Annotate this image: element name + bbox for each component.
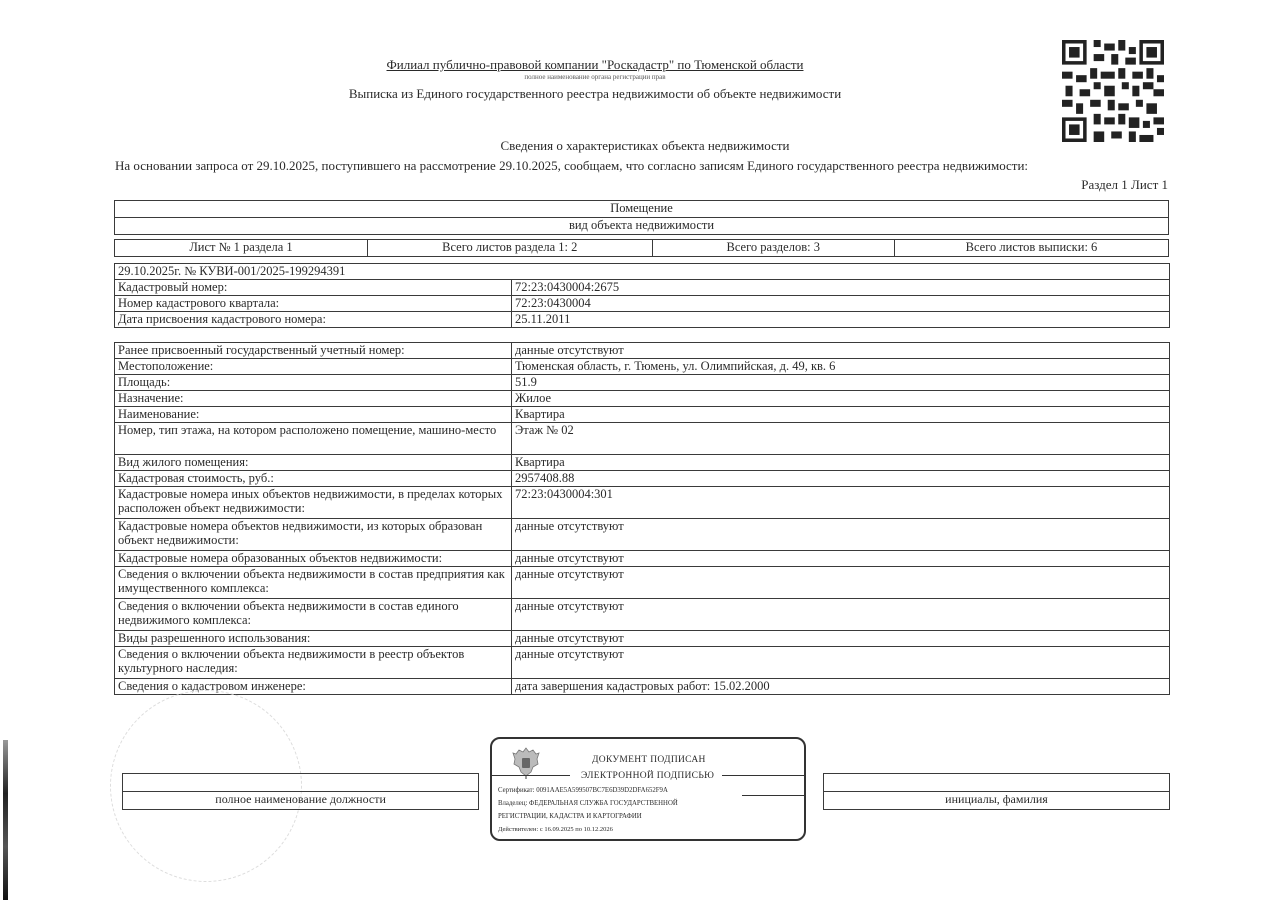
field-label: Площадь: [115,375,512,391]
table-row: Кадастровые номера иных объектов недвижи… [115,487,1170,519]
section-title: Сведения о характеристиках объекта недви… [0,138,1280,154]
field-value: Тюменская область, г. Тюмень, ул. Олимпи… [512,359,1170,375]
organization-name: Филиал публично-правовой компании "Роска… [0,57,1190,73]
section-sheets-total: Всего листов раздела 1: 2 [367,240,652,257]
stamp-validity: Действителен: с 16.09.2025 по 10.12.2026 [498,826,613,833]
qr-code-icon [1060,40,1166,142]
field-label: Наименование: [115,407,512,423]
field-value: Квартира [512,407,1170,423]
field-value: 72:23:0430004 [512,296,1170,312]
table-row: Кадастровый номер:72:23:0430004:2675 [115,280,1170,296]
characteristics-table: Ранее присвоенный государственный учетны… [114,342,1170,695]
table-row: Дата присвоения кадастрового номера:25.1… [115,312,1170,328]
field-value: 51.9 [512,375,1170,391]
table-row: Сведения о включении объекта недвижимост… [115,567,1170,599]
sheet-reference: Раздел 1 Лист 1 [1081,177,1168,193]
field-label: Кадастровый номер: [115,280,512,296]
field-value: данные отсутствуют [512,343,1170,359]
field-label: Сведения о включении объекта недвижимост… [115,647,512,679]
table-row: Кадастровая стоимость, руб.:2957408.88 [115,471,1170,487]
sheet-number: Лист № 1 раздела 1 [115,240,368,257]
field-value: 72:23:0430004:2675 [512,280,1170,296]
table-row: Номер кадастрового квартала:72:23:043000… [115,296,1170,312]
field-value: данные отсутствуют [512,567,1170,599]
field-label: Местоположение: [115,359,512,375]
sections-total: Всего разделов: 3 [652,240,894,257]
field-label: Сведения о кадастровом инженере: [115,679,512,695]
stamp-owner-line2: РЕГИСТРАЦИИ, КАДАСТРА И КАРТОГРАФИИ [498,813,642,820]
field-value: дата завершения кадастровых работ: 15.02… [512,679,1170,695]
organization-caption: полное наименование органа регистрации п… [0,73,1190,81]
table-row: Кадастровые номера объектов недвижимости… [115,519,1170,551]
field-value: 25.11.2011 [512,312,1170,328]
field-value: 72:23:0430004:301 [512,487,1170,519]
field-label: Дата присвоения кадастрового номера: [115,312,512,328]
stamp-electronic-line: ЭЛЕКТРОННОЙ ПОДПИСЬЮ [581,771,714,781]
field-value: Квартира [512,455,1170,471]
request-basis-text: На основании запроса от 29.10.2025, пост… [115,158,1028,174]
field-label: Кадастровые номера образованных объектов… [115,551,512,567]
field-label: Кадастровые номера объектов недвижимости… [115,519,512,551]
table-row: Номер, тип этажа, на котором расположено… [115,423,1170,455]
record-identity-table: 29.10.2025г. № КУВИ-001/2025-199294391 К… [114,263,1170,328]
document-title: Выписка из Единого государственного реес… [0,86,1190,102]
emblem-icon [510,745,542,779]
object-type-caption: вид объекта недвижимости [115,218,1169,235]
request-number: 29.10.2025г. № КУВИ-001/2025-199294391 [115,264,1170,280]
field-value: Жилое [512,391,1170,407]
field-label: Виды разрешенного использования: [115,631,512,647]
field-label: Ранее присвоенный государственный учетны… [115,343,512,359]
table-row: Виды разрешенного использования:данные о… [115,631,1170,647]
table-row: Сведения о кадастровом инженере:дата зав… [115,679,1170,695]
table-row: Площадь:51.9 [115,375,1170,391]
field-value: данные отсутствуют [512,647,1170,679]
table-row: Сведения о включении объекта недвижимост… [115,647,1170,679]
stamp-certificate: Сертификат: 0091AAE5A599507BC7E6D39D2DFA… [498,787,668,794]
field-value: данные отсутствуют [512,519,1170,551]
field-label: Назначение: [115,391,512,407]
stamp-owner-line1: Владелец: ФЕДЕРАЛЬНАЯ СЛУЖБА ГОСУДАРСТВЕ… [498,800,678,807]
scan-edge-shadow [3,740,8,900]
object-type-value: Помещение [115,201,1169,218]
field-label: Вид жилого помещения: [115,455,512,471]
field-label: Номер, тип этажа, на котором расположено… [115,423,512,455]
table-row: Ранее присвоенный государственный учетны… [115,343,1170,359]
stamp-signed-line: ДОКУМЕНТ ПОДПИСАН [592,755,706,765]
table-row: Кадастровые номера образованных объектов… [115,551,1170,567]
table-row: Назначение:Жилое [115,391,1170,407]
field-value: 2957408.88 [512,471,1170,487]
object-type-table: Помещение вид объекта недвижимости [114,200,1169,235]
field-label: Кадастровые номера иных объектов недвижи… [115,487,512,519]
field-value: Этаж № 02 [512,423,1170,455]
table-row: Местоположение:Тюменская область, г. Тюм… [115,359,1170,375]
extract-sheets-total: Всего листов выписки: 6 [894,240,1168,257]
field-value: данные отсутствуют [512,551,1170,567]
table-row: Наименование:Квартира [115,407,1170,423]
position-caption: полное наименование должности [123,792,479,810]
sheets-info-table: Лист № 1 раздела 1 Всего листов раздела … [114,239,1169,257]
field-label: Сведения о включении объекта недвижимост… [115,567,512,599]
name-caption: инициалы, фамилия [823,792,1169,810]
field-value: данные отсутствуют [512,599,1170,631]
field-label: Кадастровая стоимость, руб.: [115,471,512,487]
field-label: Номер кадастрового квартала: [115,296,512,312]
field-value: данные отсутствуют [512,631,1170,647]
electronic-signature-stamp: ДОКУМЕНТ ПОДПИСАН ЭЛЕКТРОННОЙ ПОДПИСЬЮ С… [490,737,806,841]
table-row: Вид жилого помещения:Квартира [115,455,1170,471]
field-label: Сведения о включении объекта недвижимост… [115,599,512,631]
table-row: Сведения о включении объекта недвижимост… [115,599,1170,631]
